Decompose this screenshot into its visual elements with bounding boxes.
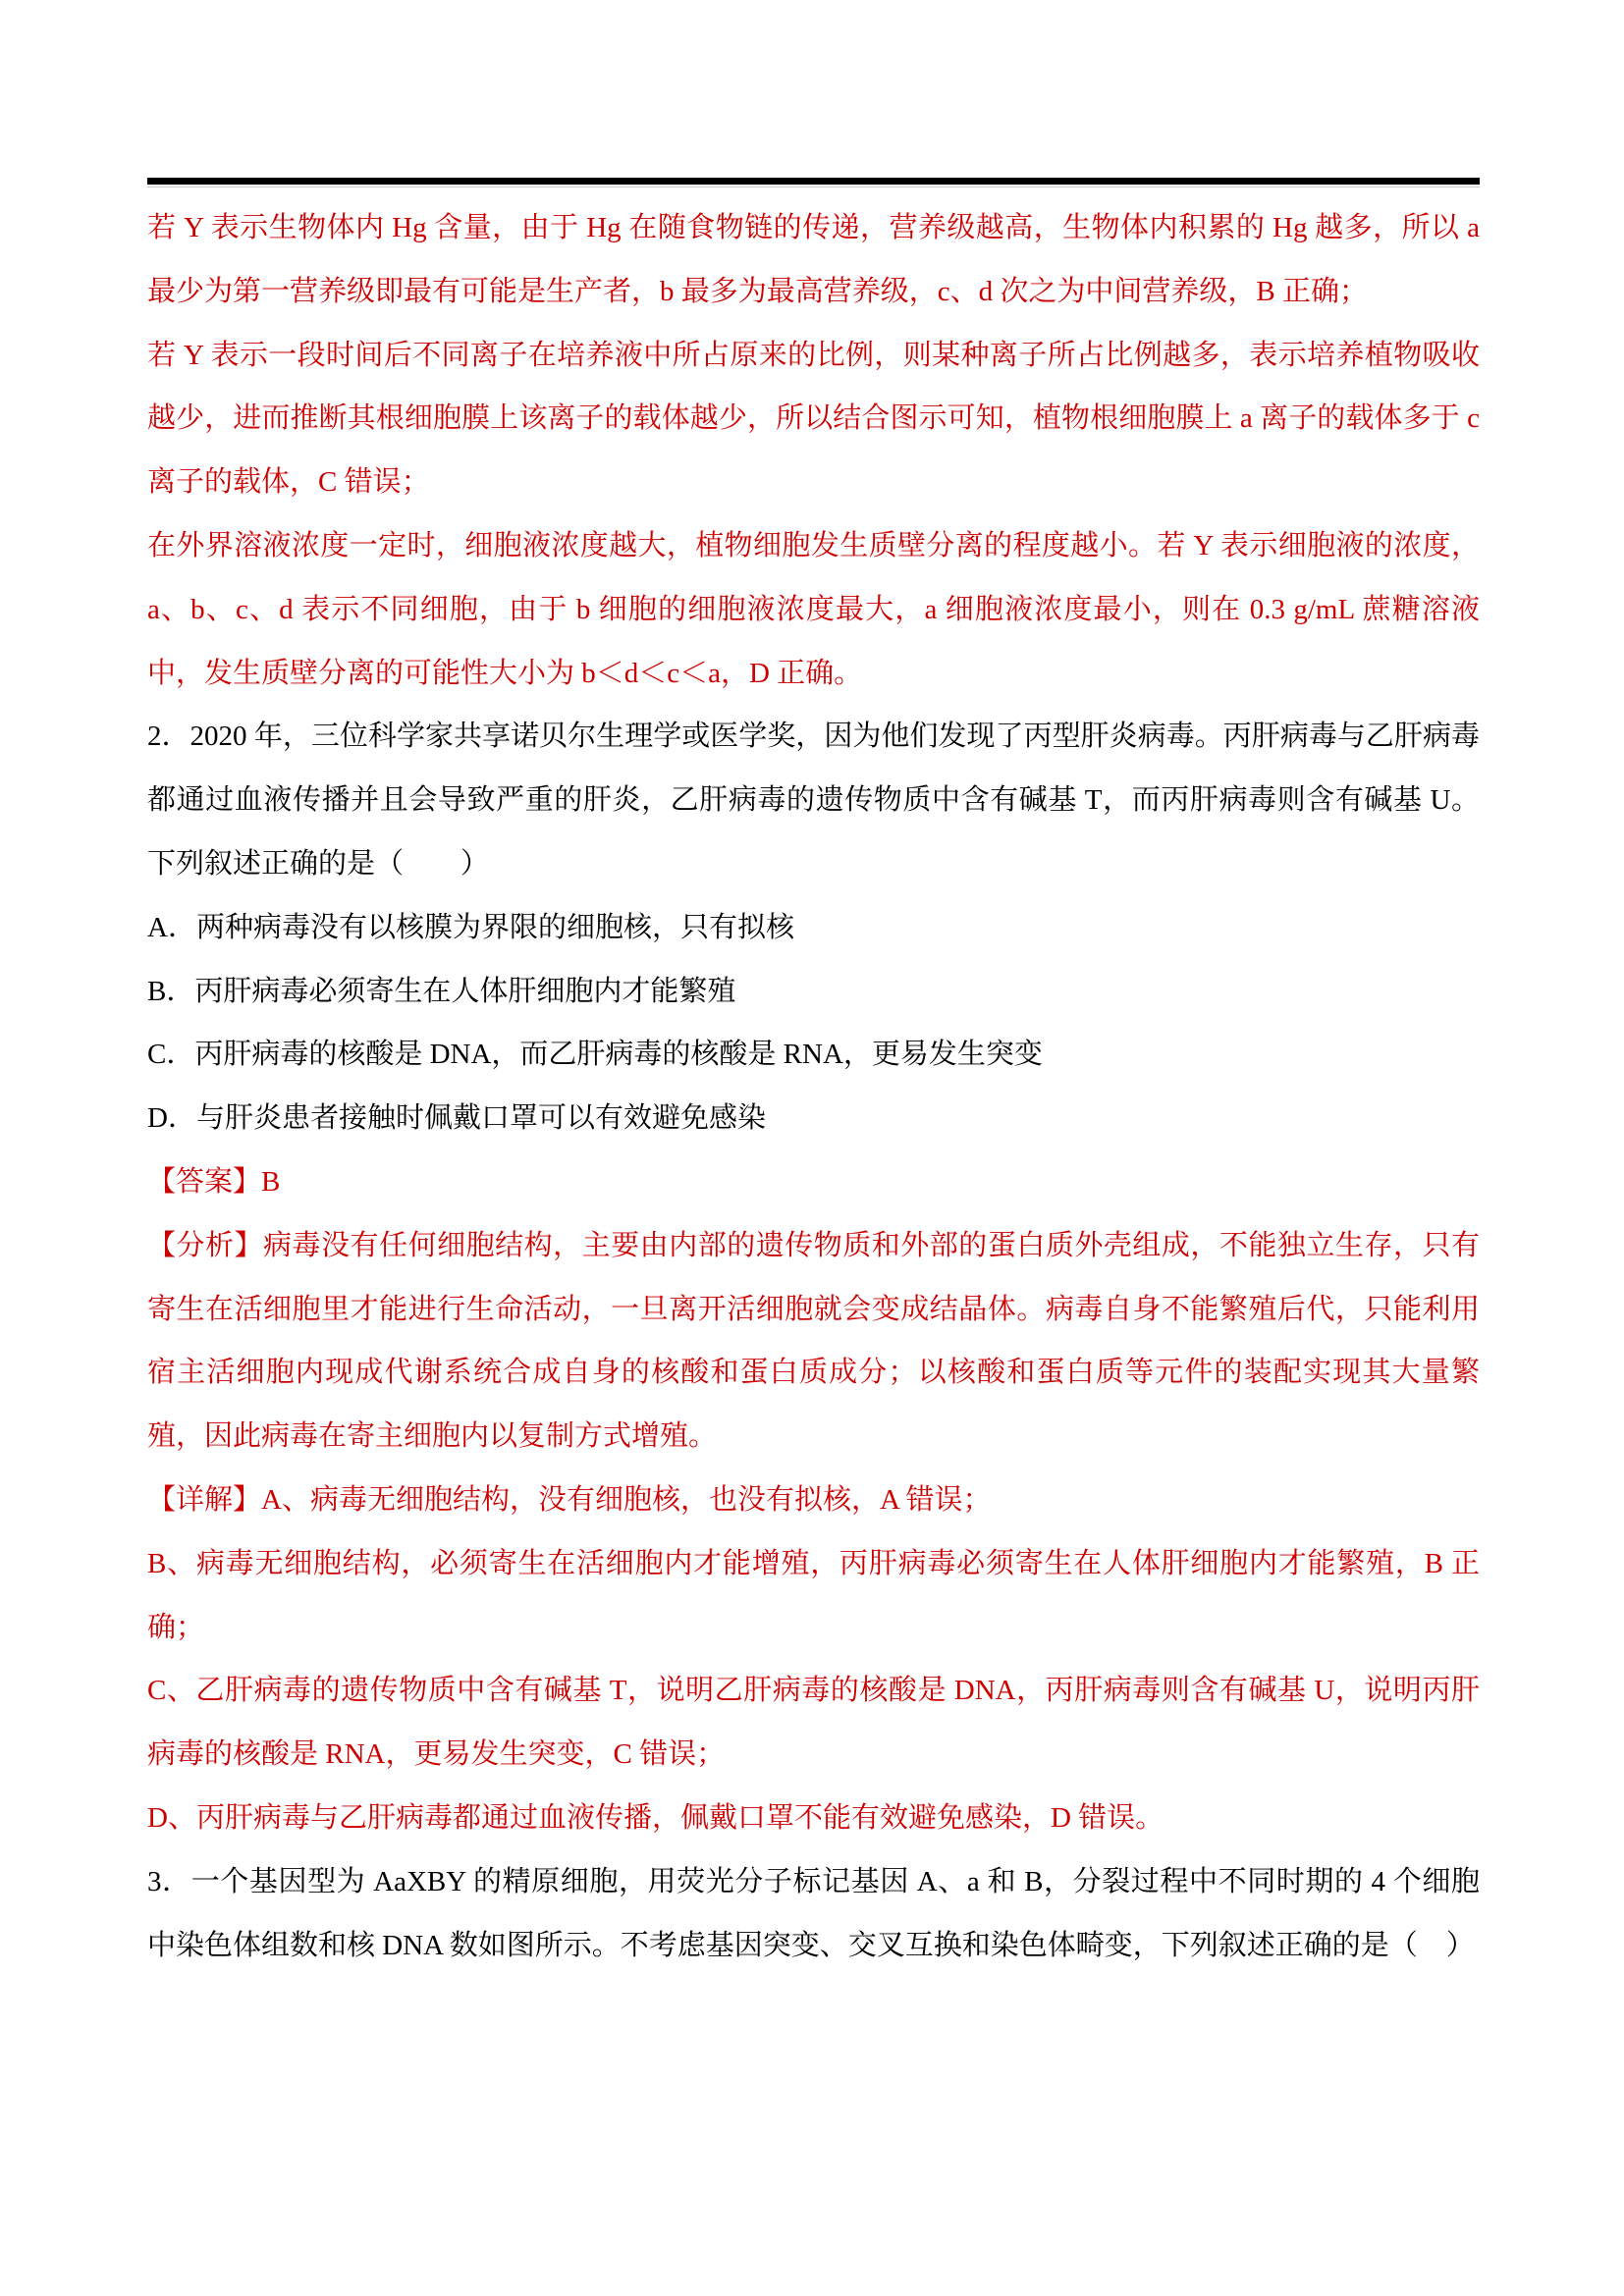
q2-option-b: B．丙肝病毒必须寄生在人体肝细胞内才能繁殖 — [147, 960, 1480, 1024]
q1-analysis-paragraph-hg: 若 Y 表示生物体内 Hg 含量，由于 Hg 在随食物链的传递，营养级越高，生物… — [147, 196, 1480, 324]
q2-option-a: A．两种病毒没有以核膜为界限的细胞核，只有拟核 — [147, 896, 1480, 960]
document-content: 若 Y 表示生物体内 Hg 含量，由于 Hg 在随食物链的传递，营养级越高，生物… — [147, 196, 1480, 1977]
q3-stem: 3．一个基因型为 AaXBY 的精原细胞，用荧光分子标记基因 A、a 和 B，分… — [147, 1850, 1480, 1978]
q2-stem: 2．2020 年，三位科学家共享诺贝尔生理学或医学奖，因为他们发现了丙型肝炎病毒… — [147, 705, 1480, 895]
q2-analysis: 【分析】病毒没有任何细胞结构，主要由内部的遗传物质和外部的蛋白质外壳组成，不能独… — [147, 1214, 1480, 1468]
header-rule-thick-line — [147, 178, 1480, 185]
q2-option-c: C．丙肝病毒的核酸是 DNA，而乙肝病毒的核酸是 RNA，更易发生突变 — [147, 1023, 1480, 1087]
q1-analysis-paragraph-ion: 若 Y 表示一段时间后不同离子在培养液中所占原来的比例，则某种离子所占比例越多，… — [147, 324, 1480, 514]
q1-analysis-paragraph-plasmolysis: 在外界溶液浓度一定时，细胞液浓度越大，植物细胞发生质壁分离的程度越小。若 Y 表… — [147, 514, 1480, 705]
q2-detail-c: C、乙肝病毒的遗传物质中含有碱基 T，说明乙肝病毒的核酸是 DNA，丙肝病毒则含… — [147, 1659, 1480, 1787]
q2-detail-b: B、病毒无细胞结构，必须寄生在活细胞内才能增殖，丙肝病毒必须寄生在人体肝细胞内才… — [147, 1532, 1480, 1660]
q2-detail-d: D、丙肝病毒与乙肝病毒都通过血液传播，佩戴口罩不能有效避免感染，D 错误。 — [147, 1787, 1480, 1850]
q2-answer: 【答案】B — [147, 1150, 1480, 1214]
q2-detail-a: 【详解】A、病毒无细胞结构，没有细胞核，也没有拟核，A 错误； — [147, 1468, 1480, 1532]
document-page: 若 Y 表示生物体内 Hg 含量，由于 Hg 在随食物链的传递，营养级越高，生物… — [0, 0, 1624, 2296]
q2-option-d: D．与肝炎患者接触时佩戴口罩可以有效避免感染 — [147, 1087, 1480, 1150]
header-rule — [147, 178, 1480, 187]
header-rule-thin-line — [147, 187, 1480, 187]
